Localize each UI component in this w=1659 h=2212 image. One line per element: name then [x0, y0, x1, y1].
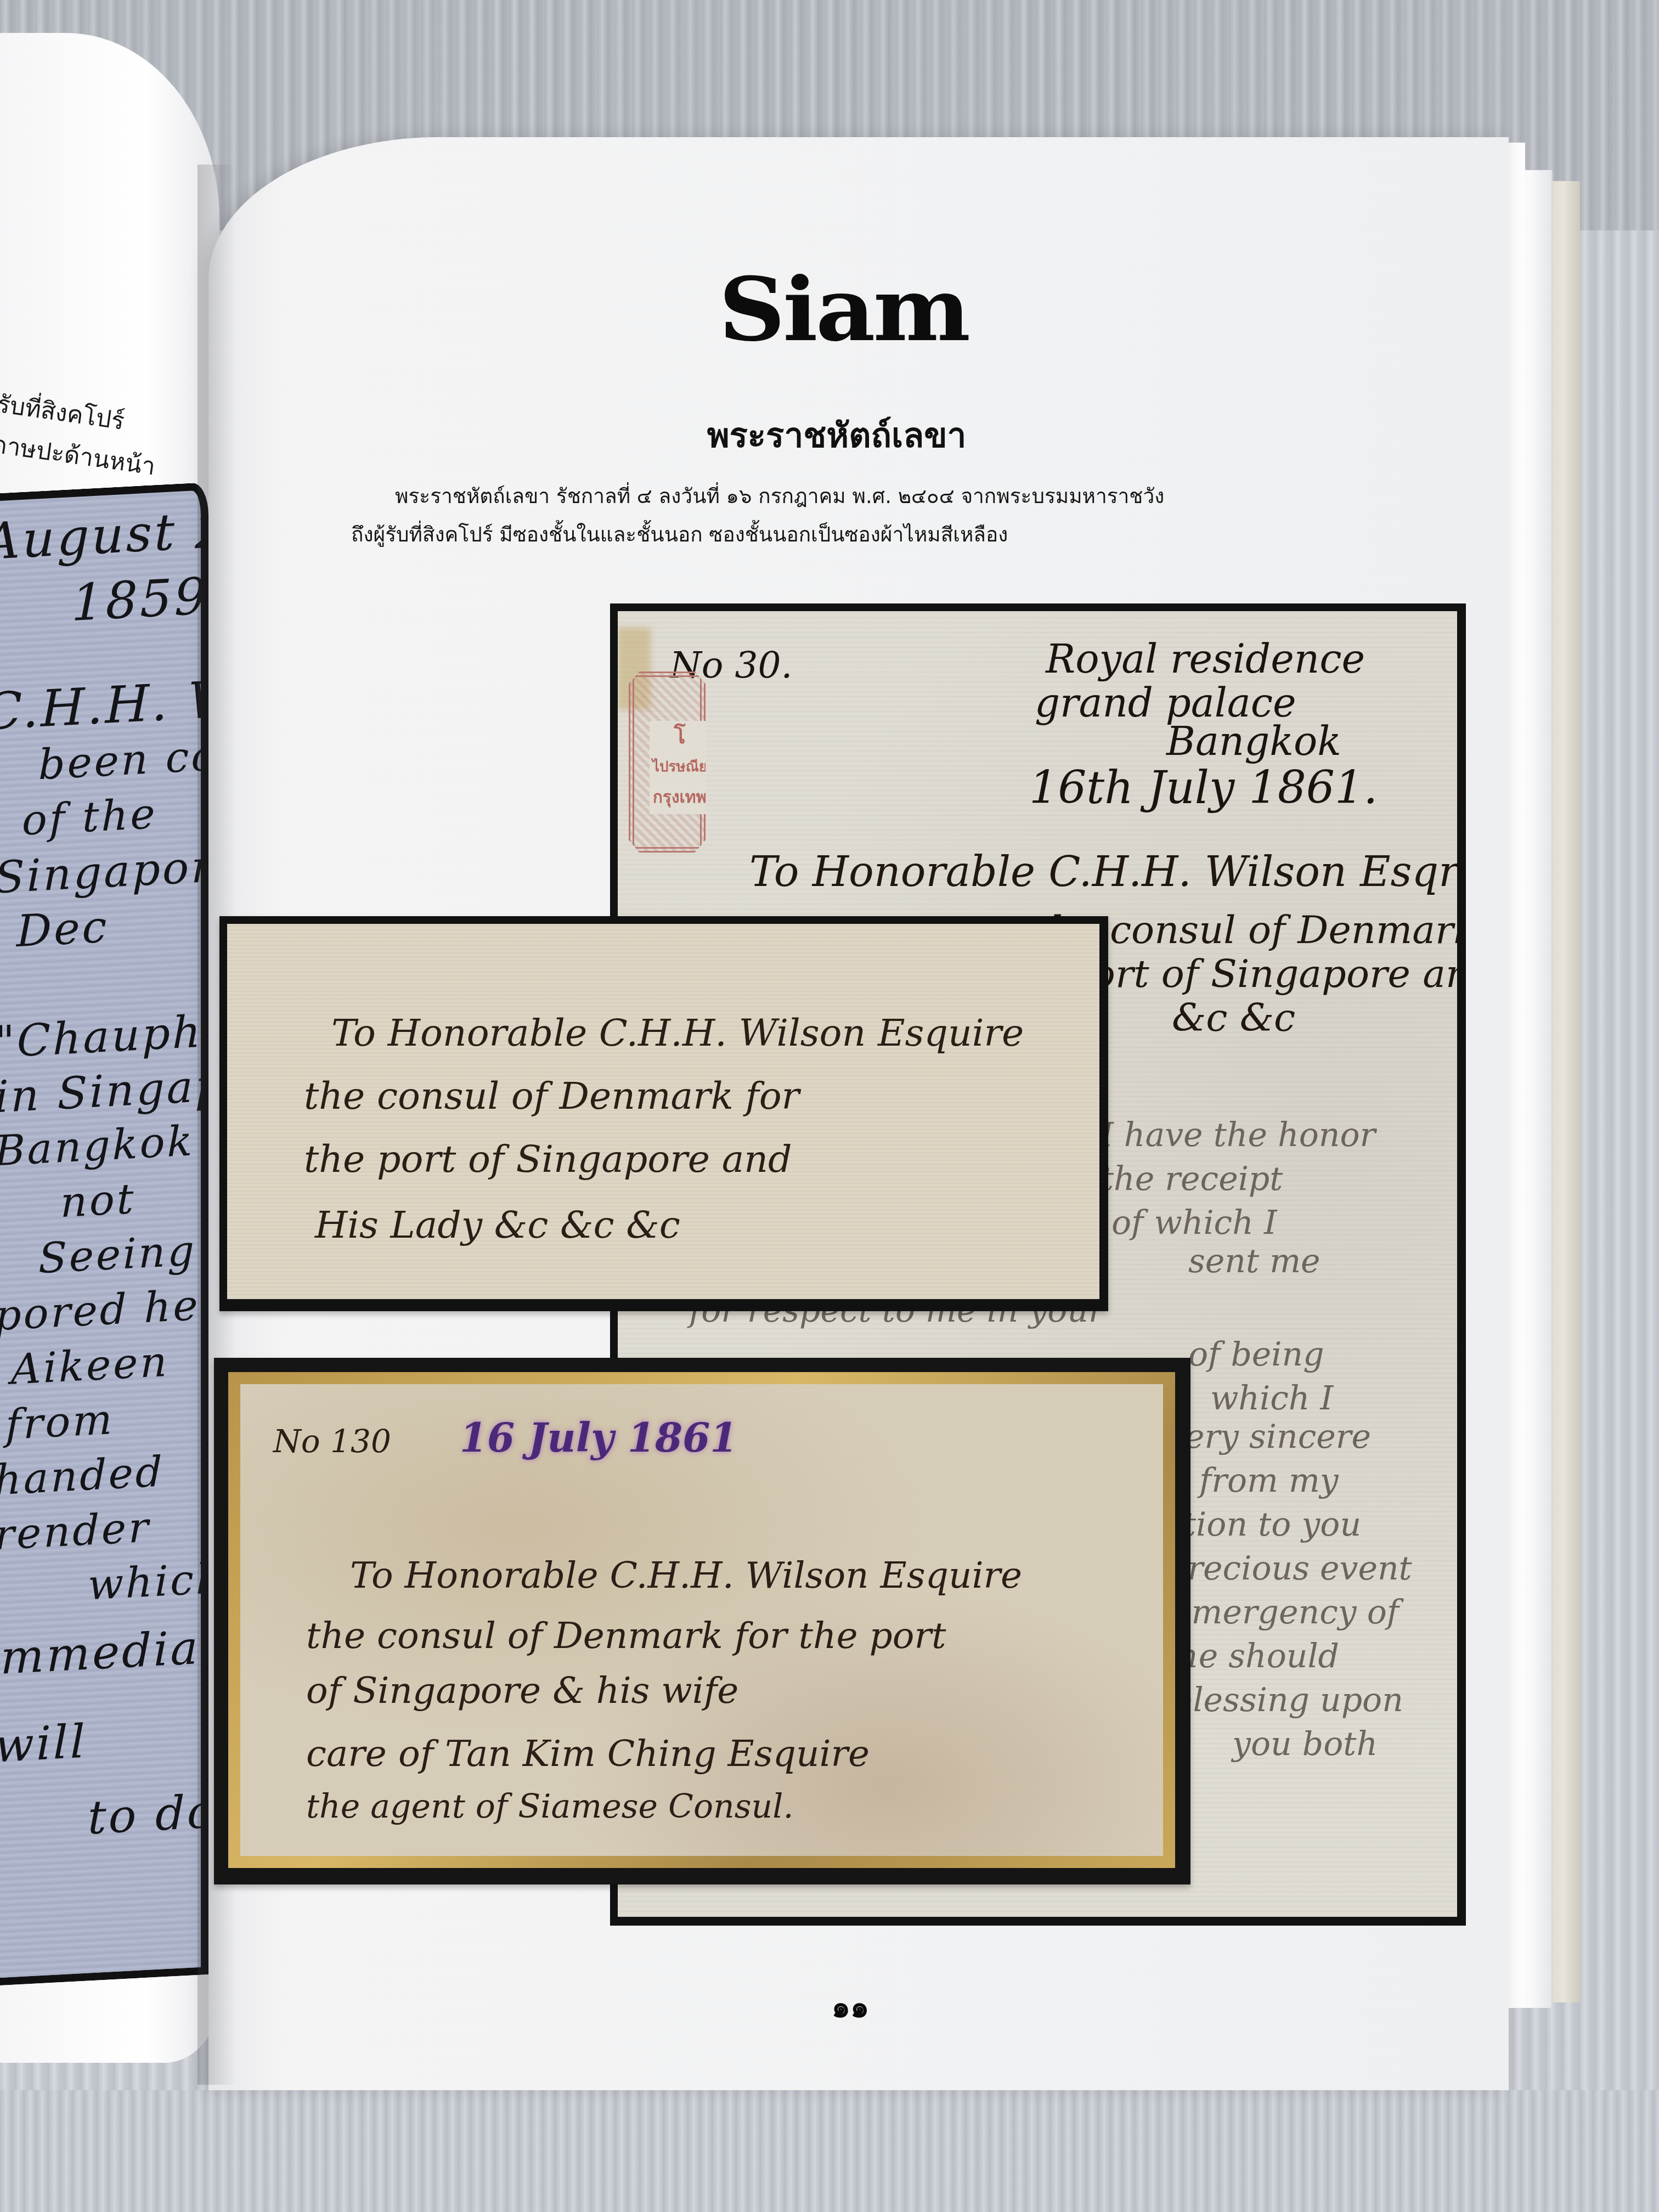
letter-body-line: the receipt: [1101, 1160, 1283, 1198]
left-letter-line: which: [88, 1553, 208, 1609]
left-letter-line: pored her: [0, 1279, 208, 1340]
page-subtitle: พระราชหัตถ์เลขา: [549, 409, 1125, 462]
left-letter-line: render: [0, 1503, 150, 1560]
left-letter-line: to do: [88, 1784, 208, 1844]
left-letter-line: 1859: [71, 567, 208, 633]
envelope-address-line: To Honorable C.H.H. Wilson Esquire: [331, 1012, 1024, 1055]
letter-body-line: &c &c: [1172, 995, 1295, 1040]
letter-date: 16th July 1861.: [1029, 762, 1378, 814]
letter-body-line: he should: [1177, 1637, 1339, 1675]
date-stamp: 16 July 1861: [460, 1414, 737, 1461]
left-letter-line: Singapore: [0, 839, 208, 904]
envelope-number: No 130: [273, 1423, 391, 1460]
envelope-address-line: To Honorable C.H.H. Wilson Esquire: [350, 1554, 1022, 1596]
letter-body-line: blessing upon: [1172, 1681, 1403, 1719]
description-line-2: ถึงผู้รับที่สิงคโปร์ มีซองชั้นในและชั้นน…: [351, 516, 1339, 554]
postal-seal-icon: โ ไปรษณีย กรุงเทพ: [629, 672, 706, 853]
envelope-address-line: the consul of Denmark for: [304, 1075, 799, 1118]
letter-body-line: from my: [1199, 1462, 1339, 1500]
left-letter-line: immediate: [0, 1618, 208, 1685]
letter-heading-line: Royal residence: [1046, 636, 1365, 682]
outer-envelope-paper: No 130 16 July 1861 To Honorable C.H.H. …: [240, 1384, 1163, 1856]
left-letter-line: August 24th: [0, 495, 208, 571]
left-letter-line: Dec: [16, 901, 109, 957]
left-letter-line: handed: [0, 1447, 164, 1504]
left-letter-line: C.H.H. Wilson: [0, 662, 208, 741]
inner-envelope-image: To Honorable C.H.H. Wilson Esquire the c…: [219, 916, 1108, 1311]
letter-body-line: of which I: [1111, 1204, 1277, 1242]
gold-border: No 130 16 July 1861 To Honorable C.H.H. …: [228, 1372, 1175, 1868]
letter-body-line: tion to you: [1183, 1505, 1361, 1544]
page-description: พระราชหัตถ์เลขา รัชกาลที่ ๔ ลงวันที่ ๑๖ …: [351, 477, 1339, 554]
envelope-address-line: the consul of Denmark for the port: [306, 1615, 946, 1657]
envelope-address-line: care of Tan Kim Ching Esquire: [306, 1733, 870, 1775]
letter-body-line: of being: [1188, 1335, 1324, 1374]
inner-envelope-paper: To Honorable C.H.H. Wilson Esquire the c…: [227, 924, 1099, 1299]
left-letter-line: will: [0, 1714, 87, 1773]
letter-body-line: which I: [1210, 1379, 1333, 1418]
seal-inscription: โ ไปรษณีย กรุงเทพ: [650, 721, 710, 814]
envelope-address-line: the agent of Siamese Consul.: [306, 1787, 793, 1826]
letter-heading-line: Bangkok: [1166, 718, 1341, 764]
envelope-address-line: of Singapore & his wife: [306, 1669, 738, 1712]
letter-body-line: sent me: [1188, 1242, 1321, 1280]
outer-envelope-image: No 130 16 July 1861 To Honorable C.H.H. …: [214, 1358, 1190, 1884]
letter-body-line: very sincere: [1166, 1418, 1371, 1456]
left-letter-line: Seeing: [38, 1226, 196, 1283]
letter-body-line: To Honorable C.H.H. Wilson Esqr: [749, 847, 1457, 896]
background-surface-bottom: [0, 2090, 1659, 2212]
left-letter-line: "Chauphya: [0, 1003, 208, 1068]
left-letter-line: in Singap: [0, 1059, 208, 1122]
letter-body-line: emergency of: [1172, 1593, 1399, 1632]
left-letter-line: from: [5, 1395, 114, 1449]
page-number: ๑๑: [768, 1983, 933, 2030]
envelope-address-line: His Lady &c &c &c: [315, 1204, 680, 1247]
left-letter-line: not: [60, 1174, 136, 1227]
left-letter-line: Aikeen: [11, 1337, 169, 1394]
letter-body-line: precious event: [1166, 1549, 1412, 1588]
left-letter-line: of the: [22, 789, 157, 845]
envelope-address-line: the port of Singapore and: [304, 1138, 792, 1181]
letter-body-line: I have the honor: [1101, 1116, 1375, 1154]
letter-body-line: port of Singapore and his: [1068, 951, 1457, 996]
letter-body-line: you both: [1232, 1725, 1378, 1763]
description-line-1: พระราชหัตถ์เลขา รัชกาลที่ ๔ ลงวันที่ ๑๖ …: [351, 477, 1339, 516]
page-title: Siam: [719, 258, 949, 361]
left-page-letter-image: August 24th 1859 C.H.H. Wilson been com …: [0, 482, 208, 1987]
left-letter-line: been com: [38, 729, 208, 789]
